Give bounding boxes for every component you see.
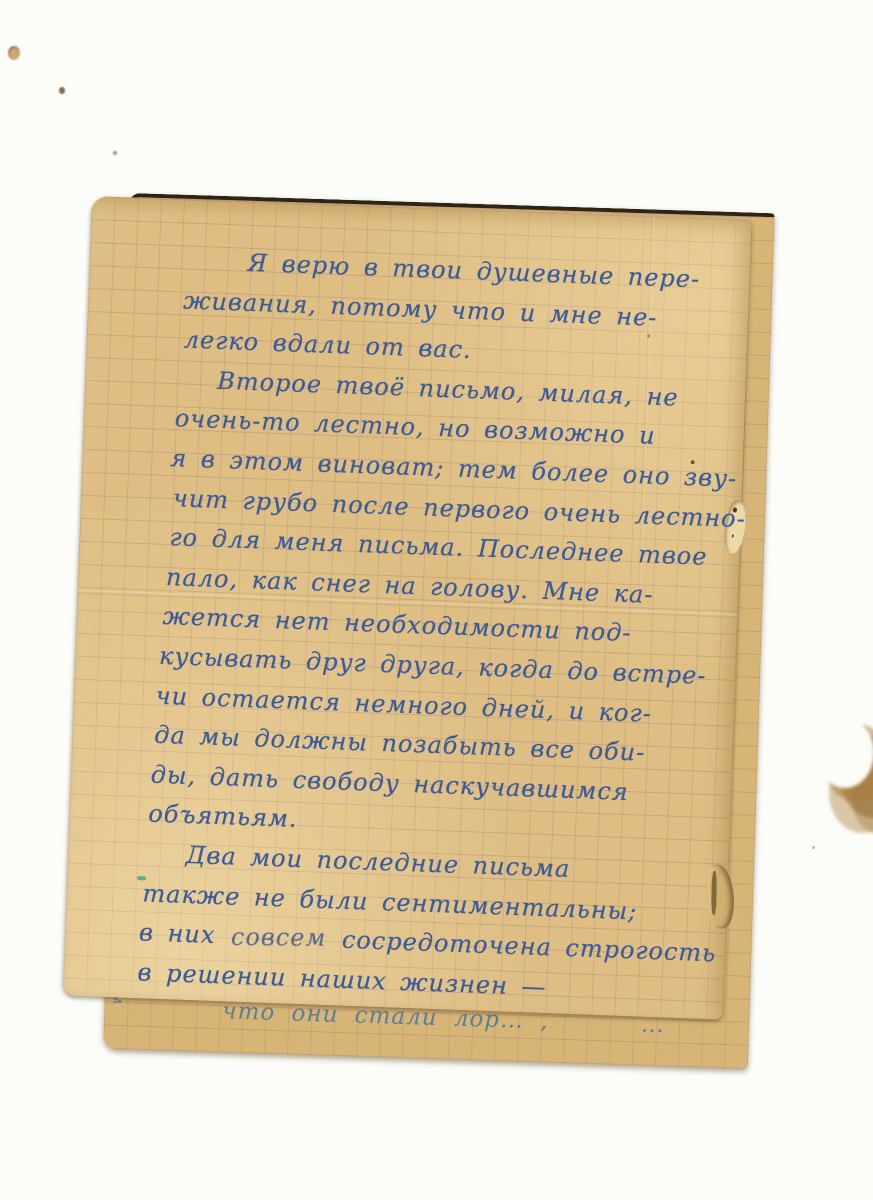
- stain: [113, 151, 117, 155]
- front-sheet: Я верю в твои душевные пере-живания, пот…: [63, 196, 752, 1020]
- ink-blot: совсем: [229, 928, 329, 947]
- scanned-letter: что они стали лор… , ———… зм Я верю в тв…: [0, 0, 873, 1200]
- stain: [59, 87, 65, 94]
- stain: [8, 46, 20, 60]
- ink-scribble: ———: [565, 1015, 641, 1033]
- handwriting: Я верю в твои душевные пере-живания, пот…: [63, 238, 750, 1014]
- line-text: в них: [139, 918, 230, 949]
- stain: [816, 718, 873, 788]
- stain: [812, 846, 815, 849]
- line-text: сосредоточена строгость: [328, 925, 717, 967]
